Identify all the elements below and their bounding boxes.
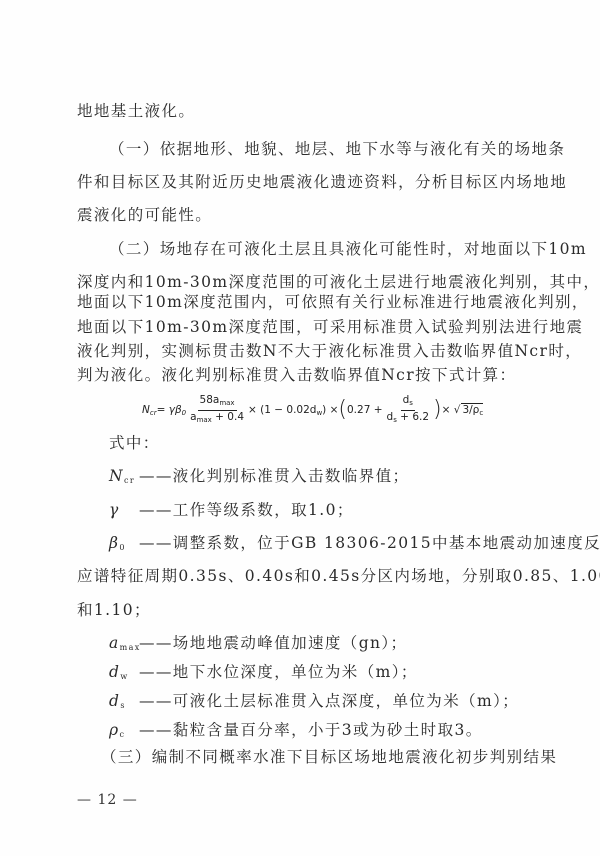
definition-ds: ds——可液化土层标准贯入点深度，单位为米（m）； (109, 691, 519, 716)
paren-close: ) (433, 399, 442, 421)
item2-line-1: （二）场地存在可液化土层且具液化可能性时，对地面以下10m (109, 239, 587, 259)
where-label: 式中： (109, 433, 160, 453)
liquefaction-formula: Ncr = γβ0 58amax amax + 0.4 × (1 − 0.02d… (142, 388, 483, 432)
formula-coefficients: = γβ0 (157, 404, 187, 417)
page-number: — 12 — (77, 792, 138, 808)
item1-line-1: （一）依据地形、地貌、地层、地下水等与液化有关的场地条 (109, 139, 565, 159)
item2-line-6: 判为液化。液化判别标准贯入击数临界值Ncr按下式计算： (77, 365, 516, 385)
item2-line-5: 液化判别，实测标贯击数N不大于液化标准贯入击数临界值Ncr时， (77, 341, 582, 361)
formula-const: 0.27 + (347, 404, 383, 416)
intro-tail-text: 地地基土液化。 (77, 101, 195, 121)
formula-sqrt-body: 3/ρc (461, 403, 483, 417)
definition-amax: amax——场地地震动峰值加速度（gn）； (109, 633, 407, 658)
definition-beta0: β0——调整系数，位于GB 18306-2015中基本地震动加速度反 (109, 533, 600, 558)
formula-lhs: Ncr (142, 404, 157, 417)
item1-line-2: 件和目标区及其附近历史地震液化遗迹资料，分析目标区内场地地 (77, 172, 567, 192)
item2-line-3: 地面以下10m深度范围内，可依照有关行业标准进行地震液化判别， (77, 292, 589, 312)
beta0-continuation-2: 和1.10； (77, 600, 151, 620)
item1-line-3: 震液化的可能性。 (77, 205, 212, 225)
item2-line-4: 地面以下10m-30m深度范围，可采用标准贯入试验判别法进行地震 (77, 317, 583, 337)
formula-fraction-2: ds ds + 6.2 (385, 394, 432, 427)
definition-rhoc: ρc——黏粒含量百分率，小于3或为砂土时取3。 (109, 720, 483, 745)
item3-line-1: （三）编制不同概率水准下目标区场地地震液化初步判别结果 (101, 747, 557, 767)
definition-ncr: Ncr——液化判别标准贯入击数临界值； (109, 466, 409, 491)
formula-fraction-1: 58amax amax + 0.4 (188, 394, 246, 427)
definition-dw: dw——地下水位深度，单位为米（m）； (109, 662, 418, 687)
paren-open: ( (338, 399, 347, 421)
beta0-continuation-1: 应谱特征周期0.35s、0.40s和0.45s分区内场地，分别取0.85、1.0… (77, 566, 600, 586)
formula-sqrt-sign: × √ (442, 404, 461, 416)
document-page: 地地基土液化。 （一）依据地形、地貌、地层、地下水等与液化有关的场地条 件和目标… (0, 0, 600, 856)
definition-gamma: γ——工作等级系数，取1.0； (109, 500, 354, 520)
formula-water-term: × (1 − 0.02dw) × (248, 404, 338, 417)
item2-line-2: 深度内和10m-30m深度范围的可液化土层进行地震液化判别，其中， (77, 272, 600, 292)
